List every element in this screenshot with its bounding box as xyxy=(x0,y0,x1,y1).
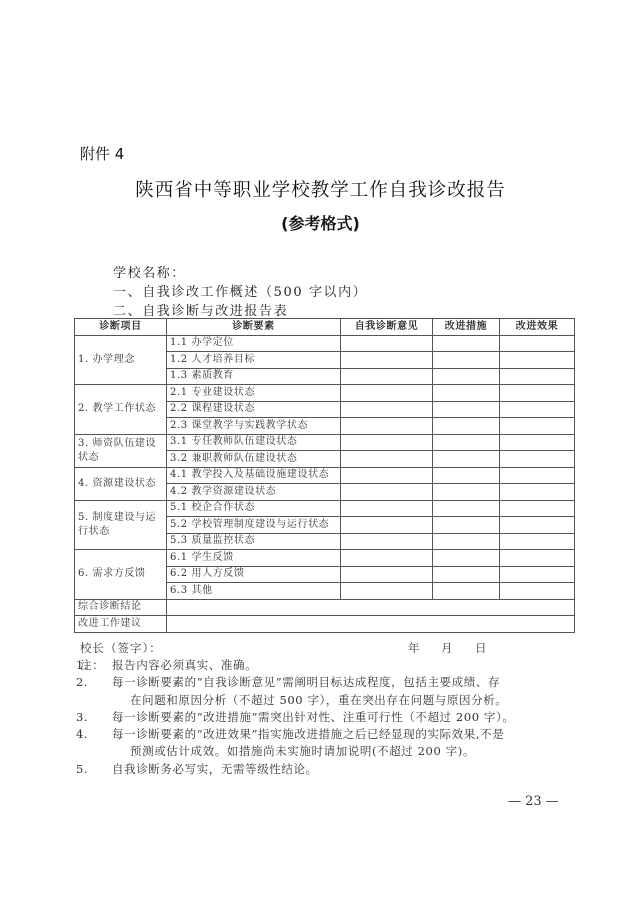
measures-cell[interactable] xyxy=(433,500,500,517)
self-opinion-cell[interactable] xyxy=(341,335,433,352)
self-opinion-cell[interactable] xyxy=(341,484,433,501)
effect-cell[interactable] xyxy=(500,434,575,451)
self-opinion-cell[interactable] xyxy=(341,517,433,534)
diagnosis-element: 1.1 办学定位 xyxy=(167,335,341,352)
effect-cell[interactable] xyxy=(500,451,575,468)
diagnosis-item: 3. 师资队伍建设状态 xyxy=(75,434,167,467)
diagnosis-element: 2.2 课程建设状态 xyxy=(167,401,341,418)
note-item-3: 3.每一诊断要素的“改进措施”需突出针对性、注重可行性（不超过 200 字）。 xyxy=(80,709,580,726)
note-item-4: 4.每一诊断要素的“改进效果”指实施改进措施之后已经显现的实际效果,不是 预测或… xyxy=(80,726,580,761)
diagnosis-element: 1.3 素质教育 xyxy=(167,368,341,385)
principal-signature-label: 校长（签字）： xyxy=(80,640,162,656)
measures-cell[interactable] xyxy=(433,451,500,468)
effect-cell[interactable] xyxy=(500,500,575,517)
measures-cell[interactable] xyxy=(433,401,500,418)
diagnosis-element: 5.2 学校管理制度建设与运行状态 xyxy=(167,517,341,534)
table-header-row: 诊断项目 诊断要素 自我诊断意见 改进措施 改进效果 xyxy=(75,319,575,336)
measures-cell[interactable] xyxy=(433,368,500,385)
self-opinion-cell[interactable] xyxy=(341,533,433,550)
notes-label: 注： xyxy=(80,657,104,674)
diagnosis-element: 2.3 课堂教学与实践教学状态 xyxy=(167,418,341,435)
table-row: 3. 师资队伍建设状态 3.1 专任教师队伍建设状态 xyxy=(75,434,575,451)
header-item: 诊断项目 xyxy=(75,319,167,336)
effect-cell[interactable] xyxy=(500,335,575,352)
diagnosis-element: 3.1 专任教师队伍建设状态 xyxy=(167,434,341,451)
date-day-label: 日 xyxy=(475,640,487,656)
self-opinion-cell[interactable] xyxy=(341,500,433,517)
effect-cell[interactable] xyxy=(500,368,575,385)
effect-cell[interactable] xyxy=(500,550,575,567)
self-opinion-cell[interactable] xyxy=(341,368,433,385)
diagnosis-item: 2. 教学工作状态 xyxy=(75,385,167,435)
diagnosis-report-table: 诊断项目 诊断要素 自我诊断意见 改进措施 改进效果 1. 办学理念 1.1 办… xyxy=(74,318,575,633)
measures-cell[interactable] xyxy=(433,467,500,484)
self-opinion-cell[interactable] xyxy=(341,583,433,600)
summary-label-suggestion: 改进工作建议 xyxy=(75,616,167,633)
self-opinion-cell[interactable] xyxy=(341,385,433,402)
measures-cell[interactable] xyxy=(433,566,500,583)
summary-label-conclusion: 综合诊断结论 xyxy=(75,599,167,616)
note-item-2: 2.每一诊断要素的“自我诊断意见”需阐明目标达成程度，包括主要成绩、存 在问题和… xyxy=(80,674,580,709)
diagnosis-item: 6. 需求方反馈 xyxy=(75,550,167,600)
effect-cell[interactable] xyxy=(500,566,575,583)
effect-cell[interactable] xyxy=(500,583,575,600)
document-subtitle: (参考格式) xyxy=(0,211,641,234)
diagnosis-item: 1. 办学理念 xyxy=(75,335,167,385)
table-row: 4. 资源建设状态 4.1 教学投入及基础设施建设状态 xyxy=(75,467,575,484)
self-opinion-cell[interactable] xyxy=(341,434,433,451)
table-row: 2. 教学工作状态 2.1 专业建设状态 xyxy=(75,385,575,402)
measures-cell[interactable] xyxy=(433,484,500,501)
diagnosis-element: 4.2 教学资源建设状态 xyxy=(167,484,341,501)
diagnosis-element: 6.2 用人方反馈 xyxy=(167,566,341,583)
diagnosis-element: 4.1 教学投入及基础设施建设状态 xyxy=(167,467,341,484)
note-item-1: 1.报告内容必须真实、准确。 xyxy=(80,657,580,674)
self-opinion-cell[interactable] xyxy=(341,550,433,567)
page-number: — 23 — xyxy=(508,794,559,809)
measures-cell[interactable] xyxy=(433,385,500,402)
table-row: 6. 需求方反馈 6.1 学生反馈 xyxy=(75,550,575,567)
effect-cell[interactable] xyxy=(500,401,575,418)
section-2-heading: 二、自我诊断与改进报告表 xyxy=(113,300,288,319)
effect-cell[interactable] xyxy=(500,484,575,501)
table-row: 1. 办学理念 1.1 办学定位 xyxy=(75,335,575,352)
effect-cell[interactable] xyxy=(500,467,575,484)
measures-cell[interactable] xyxy=(433,352,500,369)
self-opinion-cell[interactable] xyxy=(341,352,433,369)
header-effect: 改进效果 xyxy=(500,319,575,336)
effect-cell[interactable] xyxy=(500,533,575,550)
measures-cell[interactable] xyxy=(433,335,500,352)
diagnosis-item: 5. 制度建设与运行状态 xyxy=(75,500,167,550)
diagnosis-element: 6.1 学生反馈 xyxy=(167,550,341,567)
note-item-5: 5.自我诊断务必写实，无需等级性结论。 xyxy=(80,761,580,778)
school-name-label: 学校名称： xyxy=(113,262,186,281)
self-opinion-cell[interactable] xyxy=(341,467,433,484)
self-opinion-cell[interactable] xyxy=(341,566,433,583)
effect-cell[interactable] xyxy=(500,418,575,435)
document-title: 陕西省中等职业学校教学工作自我诊改报告 xyxy=(0,176,641,202)
diagnosis-element: 1.2 人才培养目标 xyxy=(167,352,341,369)
summary-conclusion-cell[interactable] xyxy=(167,599,575,616)
measures-cell[interactable] xyxy=(433,583,500,600)
diagnosis-element: 2.1 专业建设状态 xyxy=(167,385,341,402)
measures-cell[interactable] xyxy=(433,550,500,567)
measures-cell[interactable] xyxy=(433,533,500,550)
header-measures: 改进措施 xyxy=(433,319,500,336)
table-row-summary: 改进工作建议 xyxy=(75,616,575,633)
summary-suggestion-cell[interactable] xyxy=(167,616,575,633)
header-self-opinion: 自我诊断意见 xyxy=(341,319,433,336)
self-opinion-cell[interactable] xyxy=(341,418,433,435)
table-row-summary: 综合诊断结论 xyxy=(75,599,575,616)
self-opinion-cell[interactable] xyxy=(341,451,433,468)
effect-cell[interactable] xyxy=(500,385,575,402)
table-row: 5. 制度建设与运行状态 5.1 校企合作状态 xyxy=(75,500,575,517)
diagnosis-item: 4. 资源建设状态 xyxy=(75,467,167,500)
measures-cell[interactable] xyxy=(433,418,500,435)
attachment-label: 附件 4 xyxy=(80,143,124,164)
notes-section: 注： 1.报告内容必须真实、准确。 2.每一诊断要素的“自我诊断意见”需阐明目标… xyxy=(80,657,580,778)
measures-cell[interactable] xyxy=(433,517,500,534)
diagnosis-element: 5.1 校企合作状态 xyxy=(167,500,341,517)
date-month-label: 月 xyxy=(441,640,453,656)
effect-cell[interactable] xyxy=(500,352,575,369)
effect-cell[interactable] xyxy=(500,517,575,534)
diagnosis-element: 5.3 质量监控状态 xyxy=(167,533,341,550)
diagnosis-element: 3.2 兼职教师队伍建设状态 xyxy=(167,451,341,468)
measures-cell[interactable] xyxy=(433,434,500,451)
header-element: 诊断要素 xyxy=(167,319,341,336)
section-1-heading: 一、自我诊改工作概述（500 字以内） xyxy=(113,281,367,300)
date-year-label: 年 xyxy=(408,640,420,656)
diagnosis-element: 6.3 其他 xyxy=(167,583,341,600)
self-opinion-cell[interactable] xyxy=(341,401,433,418)
